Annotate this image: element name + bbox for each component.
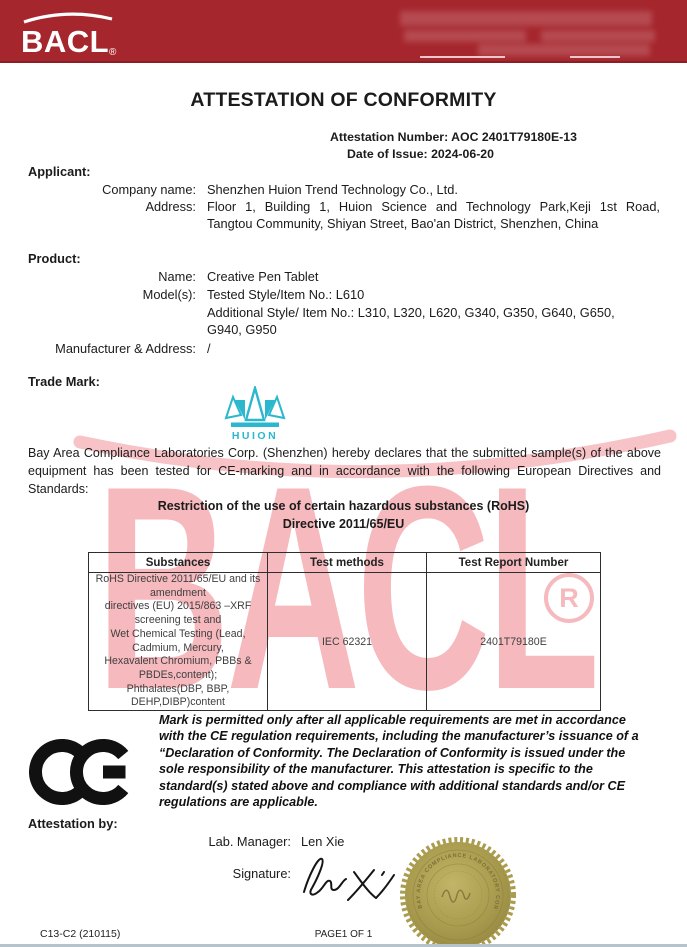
signature-handwriting-icon (298, 848, 402, 906)
certificate-content: ATTESTATION OF CONFORMITY Attestation Nu… (0, 0, 687, 947)
models-label: Model(s): (28, 287, 196, 302)
address-line-2: Tangtou Community, Shiyan Street, Bao'an… (207, 216, 660, 231)
product-name-label: Name: (28, 269, 196, 284)
attestation-number-line: Attestation Number: AOC 2401T79180E-13 (330, 130, 577, 144)
table-cell-test-method: IEC 62321 (268, 573, 427, 710)
lab-manager-value: Len Xie (301, 834, 344, 849)
attestation-number-value: AOC 2401T79180E-13 (451, 130, 577, 144)
applicant-heading: Applicant: (28, 164, 91, 179)
bacl-logo: BACL ® (12, 5, 127, 58)
redacted-patch (478, 44, 650, 56)
company-name-value: Shenzhen Huion Trend Technology Co., Ltd… (207, 182, 660, 197)
additional-style-line-2: G940, G950 (207, 322, 660, 337)
tested-style-value: Tested Style/Item No.: L610 (207, 287, 660, 302)
signature-label: Signature: (150, 866, 291, 881)
address-label: Address: (28, 199, 196, 214)
declaration-paragraph: Bay Area Compliance Laboratories Corp. (… (28, 444, 661, 498)
table-header-report-number: Test Report Number (427, 553, 600, 573)
redacted-patch (400, 11, 652, 26)
additional-style-line-1: Additional Style/ Item No.: L310, L320, … (207, 305, 660, 320)
bacl-logo-arc-icon (24, 14, 112, 22)
table-cell-report-number: 2401T79180E (427, 573, 600, 710)
bacl-logo-text: BACL (21, 24, 109, 58)
manufacturer-label: Manufacturer & Address: (28, 341, 196, 356)
rohs-title-line-1: Restriction of the use of certain hazard… (0, 499, 687, 513)
company-name-label: Company name: (28, 182, 196, 197)
certificate-page: BACL R BACL ® ATTESTATION OF CONFORMITY … (0, 0, 687, 947)
table-header-test-methods: Test methods (268, 553, 427, 573)
lab-manager-label: Lab. Manager: (150, 834, 291, 849)
huion-logo-icon (222, 386, 288, 430)
table-header-substances: Substances (89, 553, 268, 573)
trademark-heading: Trade Mark: (28, 374, 100, 389)
date-of-issue-value: 2024-06-20 (431, 147, 494, 161)
manufacturer-value: / (207, 341, 660, 356)
page-title: ATTESTATION OF CONFORMITY (0, 89, 687, 112)
redacted-patch (541, 30, 655, 42)
substances-text: RoHS Directive 2011/65/EU and its amendm… (96, 573, 261, 710)
header-band: BACL ® (0, 0, 687, 63)
ce-statement-text: Mark is permitted only after all applica… (159, 712, 653, 810)
date-of-issue-line: Date of Issue: 2024-06-20 (347, 147, 494, 161)
attestation-number-label: Attestation Number: (330, 130, 448, 144)
attestation-by-heading: Attestation by: (28, 816, 118, 831)
bacl-logo-registered-icon: ® (109, 47, 117, 58)
product-name-value: Creative Pen Tablet (207, 269, 660, 284)
product-heading: Product: (28, 251, 81, 266)
ce-mark-icon (29, 736, 137, 808)
address-line-1: Floor 1, Building 1, Huion Science and T… (207, 199, 660, 214)
huion-brand-text: HUION (222, 430, 288, 442)
table-cell-substances: RoHS Directive 2011/65/EU and its amendm… (89, 573, 268, 710)
redacted-underline (420, 56, 505, 58)
footer-page-number: PAGE1 OF 1 (0, 929, 687, 940)
redacted-patch (404, 30, 526, 42)
test-results-table: Substances Test methods Test Report Numb… (88, 552, 601, 711)
rohs-title-line-2: Directive 2011/65/EU (0, 517, 687, 531)
date-of-issue-label: Date of Issue: (347, 147, 428, 161)
redacted-underline (570, 56, 620, 58)
